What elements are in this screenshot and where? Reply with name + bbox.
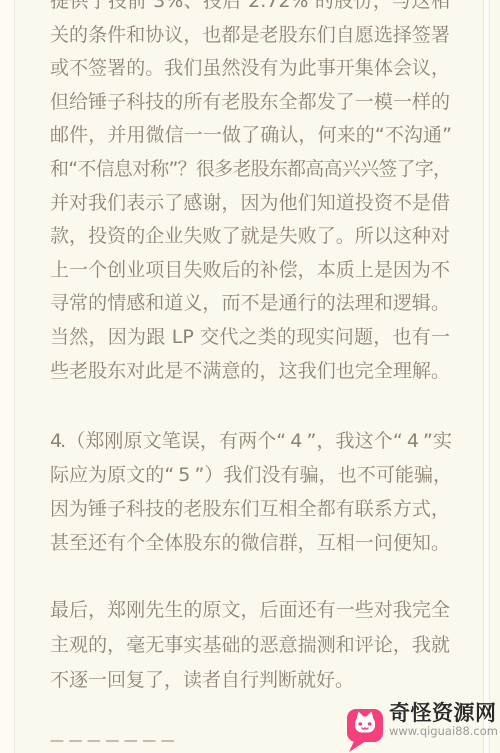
text-line: 最后，郑刚先生的原文，后面还有一些对我完全 — [50, 593, 450, 628]
watermark-site-url: www.qiguai88.com — [389, 725, 498, 738]
text-line: 并对我们表示了感谢，因为他们知道投资不是借 — [50, 187, 450, 221]
text-line: 提供了投前 3%、投后 2.72% 的股份，与这相 — [50, 0, 450, 19]
left-margin-strip — [0, 0, 14, 753]
paragraph-point-4: 4.（郑刚原文笔误，有两个“ 4 ”，我这个“ 4 ”实 际应为原文的“ 5 ”… — [50, 424, 450, 560]
text-line: 和“不信息对称”？很多老股东都高高兴兴签了字， — [50, 153, 450, 187]
text-line: 因为锤子科技的老股东们互相全都有联系方式， — [50, 492, 450, 526]
right-outer-border-line — [489, 0, 490, 753]
text-line: 不逐一回复了，读者自行判断就好。 — [50, 663, 450, 698]
qiguai-cat-bubble-icon — [346, 707, 384, 753]
text-line: 寻常的情感和道义，而不是通行的法理和逻辑。 — [50, 287, 450, 321]
text-line: 但给锤子科技的所有老股东全都发了一模一样的 — [50, 86, 450, 120]
text-line: 或不签署的。我们虽然没有为此事开集体会议， — [50, 52, 450, 86]
text-line: 主观的，毫无事实基础的恶意揣测和评论，我就 — [50, 628, 450, 663]
watermark-site-name: 奇怪资源网 — [389, 701, 497, 725]
text-line: 些老股东对此是不满意的，这我们也完全理解。 — [50, 355, 450, 389]
text-line: 上一个创业项目失败后的补偿，本质上是因为不 — [50, 254, 450, 288]
text-line: 当然，因为跟 LP 交代之类的现实问题，也有一 — [50, 321, 450, 355]
watermark-text-block: 奇怪资源网 www.qiguai88.com — [389, 701, 498, 738]
text-line: 甚至还有个全体股东的微信群，互相一问便知。 — [50, 526, 450, 560]
watermark: 奇怪资源网 www.qiguai88.com — [346, 701, 498, 753]
left-border-line — [14, 0, 15, 753]
text-line: 关的条件和协议，也都是老股东们自愿选择签署 — [50, 19, 450, 53]
text-line: 4.（郑刚原文笔误，有两个“ 4 ”，我这个“ 4 ”实 — [50, 424, 450, 458]
text-line: 际应为原文的“ 5 ”）我们没有骗，也不可能骗， — [50, 458, 450, 492]
paragraph-closing: 最后，郑刚先生的原文，后面还有一些对我完全 主观的，毫无事实基础的恶意揣测和评论… — [50, 593, 450, 698]
text-line: 邮件，并用微信一一做了确认，何来的“不沟通” — [50, 119, 450, 153]
paragraph-compensation: 提供了投前 3%、投后 2.72% 的股份，与这相 关的条件和协议，也都是老股东… — [50, 0, 450, 388]
text-line: 款，投资的企业失败了就是失败了。所以这种对 — [50, 220, 450, 254]
screenshot-root: 提供了投前 3%、投后 2.72% 的股份，与这相 关的条件和协议，也都是老股东… — [0, 0, 500, 753]
